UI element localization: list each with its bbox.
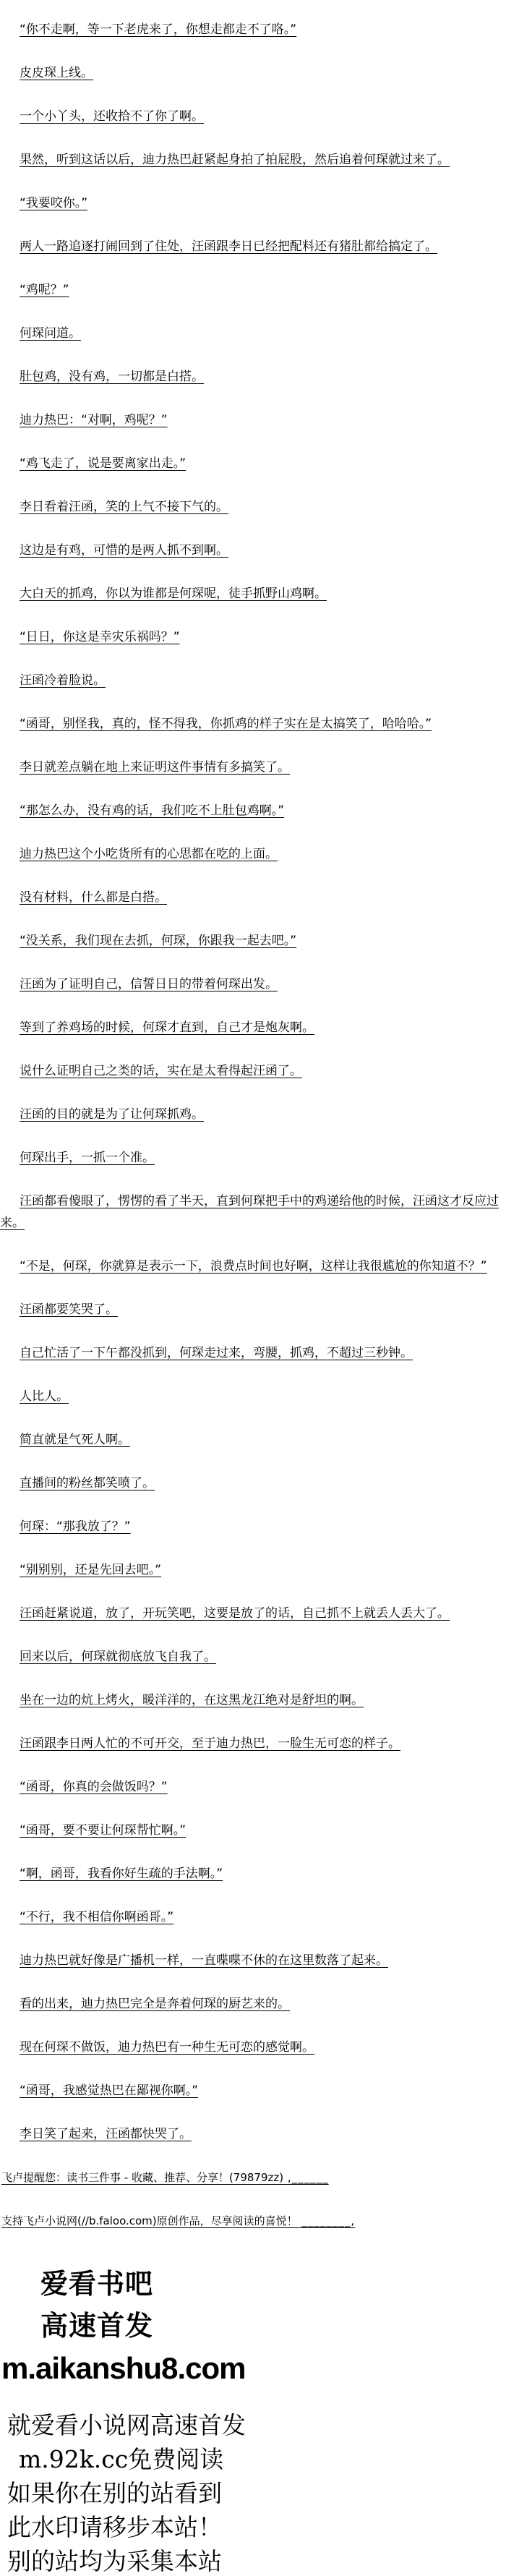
novel-paragraph: “函哥，我感觉热巴在鄙视你啊。”	[0, 2080, 506, 2102]
novel-paragraph: 汪函跟李日两人忙的不可开交，至于迪力热巴，一脸生无可恋的样子。	[0, 1733, 506, 1754]
novel-paragraph: “函哥，要不要让何琛帮忙啊。”	[0, 1820, 506, 1841]
novel-paragraph: 迪力热巴就好像是广播机一样，一直喋喋不休的在这里数落了起来。	[0, 1950, 506, 1971]
watermark-line: 此水印请移步本站！	[7, 2510, 506, 2544]
novel-paragraph: “啊，函哥，我看你好生疏的手法啊。”	[0, 1863, 506, 1885]
novel-paragraph: 没有材料，什么都是白搭。	[0, 887, 506, 908]
novel-paragraph: “没关系，我们现在去抓，何琛，你跟我一起去吧。”	[0, 930, 506, 952]
novel-paragraph: 看的出来，迪力热巴完全是奔着何琛的厨艺来的。	[0, 1993, 506, 2015]
novel-paragraph: 李日笑了起来，汪函都快哭了。	[0, 2123, 506, 2145]
novel-paragraph: 汪函的目的就是为了让何琛抓鸡。	[0, 1104, 506, 1125]
faloo-reminder-line: 飞卢提醒您：读书三件事 - 收藏、推荐、分享！(79879zz) ,______	[0, 2167, 506, 2188]
novel-paragraph: 简直就是气死人啊。	[0, 1429, 506, 1451]
novel-paragraph: 何琛出手，一抓一个准。	[0, 1147, 506, 1169]
novel-paragraph: 皮皮琛上线。	[0, 62, 506, 84]
novel-paragraph: “不是，何琛，你就算是表示一下，浪费点时间也好啊，这样让我很尴尬的你知道不？”	[0, 1255, 506, 1277]
novel-paragraph: 果然，听到这话以后，迪力热巴赶紧起身拍了拍屁股，然后追着何琛就过来了。	[0, 149, 506, 171]
novel-paragraph: 自己忙活了一下午都没抓到，何琛走过来，弯腰，抓鸡，不超过三秒钟。	[0, 1342, 506, 1364]
novel-paragraph: “鸡呢？”	[0, 279, 506, 301]
novel-paragraph: 肚包鸡，没有鸡，一切都是白搭。	[0, 366, 506, 388]
novel-paragraph: “别别别，还是先回去吧。”	[0, 1559, 506, 1581]
novel-paragraph: 一个小丫头，还收拾不了你了啊。	[0, 106, 506, 127]
watermark-block: 就爱看小说网高速首发m.92k.cc免费阅读如果你在别的站看到此水印请移步本站！…	[0, 2408, 506, 2576]
novel-paragraph: “函哥，别怪我，真的，怪不得我，你抓鸡的样子实在是太搞笑了，哈哈哈。”	[0, 713, 506, 735]
promo-site-name: 爱看书吧	[40, 2264, 506, 2306]
novel-paragraph: 何琛问道。	[0, 323, 506, 344]
novel-paragraph: 汪函赶紧说道，放了，开玩笑吧，这要是放了的话，自己抓不上就丢人丢大了。	[0, 1603, 506, 1624]
novel-text-body: “你不走啊，等一下老虎来了，你想走都走不了咯。”皮皮琛上线。一个小丫头，还收拾不…	[0, 19, 506, 2145]
novel-paragraph: 汪函都看傻眼了，愣愣的看了半天，直到何琛把手中的鸡递给他的时候，汪函这才反应过来…	[0, 1190, 506, 1234]
novel-paragraph: 人比人。	[0, 1386, 506, 1407]
promo-tagline: 高速首发	[40, 2306, 506, 2347]
novel-paragraph: 汪函都要笑哭了。	[0, 1299, 506, 1321]
novel-paragraph: 说什么证明自己之类的话，实在是太看得起汪函了。	[0, 1060, 506, 1082]
novel-paragraph: “不行，我不相信你啊函哥。”	[0, 1906, 506, 1928]
novel-paragraph: 回来以后，何琛就彻底放飞自我了。	[0, 1646, 506, 1668]
novel-paragraph: “函哥，你真的会做饭吗？”	[0, 1776, 506, 1798]
novel-paragraph: 直播间的粉丝都笑喷了。	[0, 1472, 506, 1494]
faloo-support-tail: ________,	[298, 2214, 356, 2227]
watermark-line: 就爱看小说网高速首发	[7, 2408, 506, 2442]
novel-paragraph: 汪函为了证明自己，信誓日日的带着何琛出发。	[0, 973, 506, 995]
watermark-line: m.92k.cc免费阅读	[7, 2442, 506, 2476]
novel-paragraph: “日日，你这是幸灾乐祸吗？”	[0, 626, 506, 648]
novel-paragraph: 迪力热巴：“对啊，鸡呢？”	[0, 409, 506, 431]
novel-paragraph: 何琛：“那我放了？”	[0, 1516, 506, 1538]
novel-paragraph: 李日就差点躺在地上来证明这件事情有多搞笑了。	[0, 756, 506, 778]
watermark-line: 如果你在别的站看到	[7, 2476, 506, 2510]
novel-paragraph: 两人一路追逐打闹回到了住处，汪函跟李日已经把配料还有猪肚都给搞定了。	[0, 236, 506, 257]
novel-paragraph: “那怎么办，没有鸡的话，我们吃不上肚包鸡啊。”	[0, 800, 506, 822]
watermark-line: 别的站均为采集本站	[7, 2544, 506, 2576]
novel-paragraph: 这边是有鸡，可惜的是两人抓不到啊。	[0, 539, 506, 561]
faloo-reminder-tail: ,______	[283, 2171, 329, 2184]
faloo-reminder-text: 飞卢提醒您：读书三件事 - 收藏、推荐、分享！(79879zz)	[1, 2171, 283, 2184]
novel-paragraph: 等到了养鸡场的时候，何琛才直到，自己才是炮灰啊。	[0, 1017, 506, 1038]
novel-paragraph: 迪力热巴这个小吃货所有的心思都在吃的上面。	[0, 843, 506, 865]
novel-paragraph: 现在何琛不做饭，迪力热巴有一种生无可恋的感觉啊。	[0, 2037, 506, 2058]
novel-paragraph: “鸡飞走了，说是要离家出走。”	[0, 453, 506, 474]
promo-block: 爱看书吧 高速首发 m.aikanshu8.com	[0, 2264, 506, 2389]
novel-paragraph: 汪函冷着脸说。	[0, 670, 506, 691]
novel-paragraph: 大白天的抓鸡，你以为谁都是何琛呢，徒手抓野山鸡啊。	[0, 583, 506, 605]
novel-paragraph: “我要咬你。”	[0, 192, 506, 214]
novel-paragraph: 李日看着汪函，笑的上气不接下气的。	[0, 496, 506, 518]
promo-url: m.aikanshu8.com	[1, 2347, 506, 2389]
novel-paragraph: “你不走啊，等一下老虎来了，你想走都走不了咯。”	[0, 19, 506, 40]
novel-page: “你不走啊，等一下老虎来了，你想走都走不了咯。”皮皮琛上线。一个小丫头，还收拾不…	[0, 0, 506, 2576]
faloo-support-line: 支持飞卢小说网(//b.faloo.com)原创作品，尽享阅读的喜悦！ ____…	[0, 2210, 506, 2232]
novel-paragraph: 坐在一边的炕上烤火，暖洋洋的，在这黑龙江绝对是舒坦的啊。	[0, 1689, 506, 1711]
faloo-support-text: 支持飞卢小说网(//b.faloo.com)原创作品，尽享阅读的喜悦！	[1, 2214, 298, 2227]
